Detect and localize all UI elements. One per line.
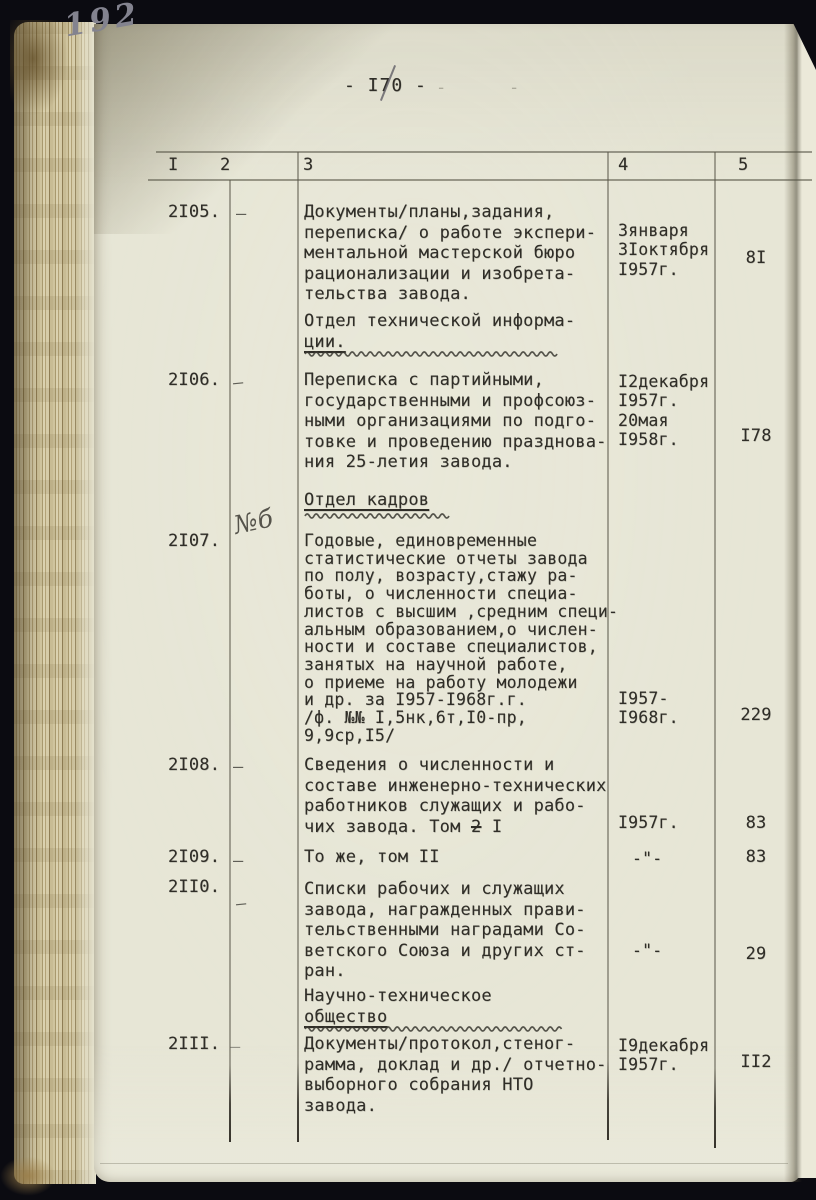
volume-text: чих завода. Том xyxy=(304,817,471,837)
column-divider-4-5 xyxy=(714,152,716,1148)
bottom-faint-rule xyxy=(100,1163,788,1164)
entry-number: 2I06. xyxy=(168,370,220,391)
scanned-archive-page: 192 - I70 - - - I 2 3 4 5 2I05. – Докуме… xyxy=(0,0,816,1200)
column-header-1: I xyxy=(168,155,178,176)
bottom-binding-edge xyxy=(0,1156,56,1196)
entry-dates: I957г. xyxy=(618,813,726,832)
entry-dates-ditto: -"- xyxy=(632,941,712,960)
entry-mark: – xyxy=(230,1037,240,1058)
entry-mark: – xyxy=(236,204,246,225)
entry-sheet-count: I78 xyxy=(726,426,786,447)
section-heading-line1: Отдел технической информа- xyxy=(304,311,575,331)
section-heading: Отдел технической информа- ции. xyxy=(304,311,575,352)
entry-dates-ditto: -"- xyxy=(632,849,712,868)
column-divider-2-3 xyxy=(297,152,299,1142)
column-header-5: 5 xyxy=(738,155,748,176)
entry-description: Документы/планы,задания, переписка/ о ра… xyxy=(304,202,626,305)
entry-number: 2I05. xyxy=(168,202,220,223)
entry-number: 2I08. xyxy=(168,755,220,776)
entry-number: 2III. xyxy=(168,1034,220,1055)
entry-sheet-count: 229 xyxy=(726,705,786,726)
entry-sheet-count: 8I xyxy=(726,248,786,269)
bleedthrough-dashes: - - xyxy=(436,78,519,99)
entry-description: Списки рабочих и служащих завода, награж… xyxy=(304,879,626,982)
entry-mark: – xyxy=(233,851,243,872)
wavy-underline xyxy=(304,349,562,358)
section-heading: Отдел кадров xyxy=(304,490,429,511)
column-header-3: 3 xyxy=(303,155,313,176)
column-divider-1-2 xyxy=(229,180,231,1142)
entry-sheet-count: 29 xyxy=(726,944,786,965)
entry-description: Сведения о численности и составе инженер… xyxy=(304,755,626,817)
column-header-2: 2 xyxy=(220,155,230,176)
entry-sheet-count: 83 xyxy=(726,813,786,834)
entry-description: Переписка с партийными, государственными… xyxy=(304,370,626,473)
book-page-edges xyxy=(14,22,96,1184)
entry-sheet-count: 83 xyxy=(726,847,786,868)
wavy-underline xyxy=(304,1024,566,1033)
entry-mark: – xyxy=(233,757,243,778)
entry-dates: I2декабря I957г. 20мая I958г. xyxy=(618,372,726,450)
entry-description: То же, том II xyxy=(304,847,626,868)
column-header-4: 4 xyxy=(618,155,628,176)
section-heading-line1: Научно-техническое xyxy=(304,986,492,1006)
entry-description-last-line: чих завода. Том 2 I xyxy=(304,817,626,838)
entry-dates: 3января 3Iоктября I957г. xyxy=(618,221,726,279)
struck-volume-number: 2 xyxy=(471,817,481,837)
entry-mark: – xyxy=(232,373,245,395)
entry-sheet-count: II2 xyxy=(726,1052,786,1073)
page-fold-shadow xyxy=(784,24,802,1182)
section-heading-line1: Отдел кадров xyxy=(304,490,429,510)
entry-mark: – xyxy=(235,894,248,916)
binding-stain xyxy=(10,20,68,116)
entry-dates: I9декабря I957г. xyxy=(618,1036,726,1075)
wavy-underline xyxy=(304,511,454,520)
entry-number: 2II0. xyxy=(168,877,220,898)
entry-dates: I957- I968г. xyxy=(618,689,726,728)
entry-mark-handwritten: №б xyxy=(232,508,275,536)
entry-number: 2I09. xyxy=(168,847,220,868)
section-heading: Научно-техническое общество xyxy=(304,986,492,1027)
entry-description: Годовые, единовременные статистические о… xyxy=(304,532,634,744)
entry-description: Документы/протокол,стеног- рамма, доклад… xyxy=(304,1034,626,1116)
table-header-rule xyxy=(148,179,812,181)
entry-number: 2I07. xyxy=(168,531,220,552)
corrected-volume-number: I xyxy=(481,817,502,837)
handwritten-folio-number: 192 xyxy=(63,3,142,37)
